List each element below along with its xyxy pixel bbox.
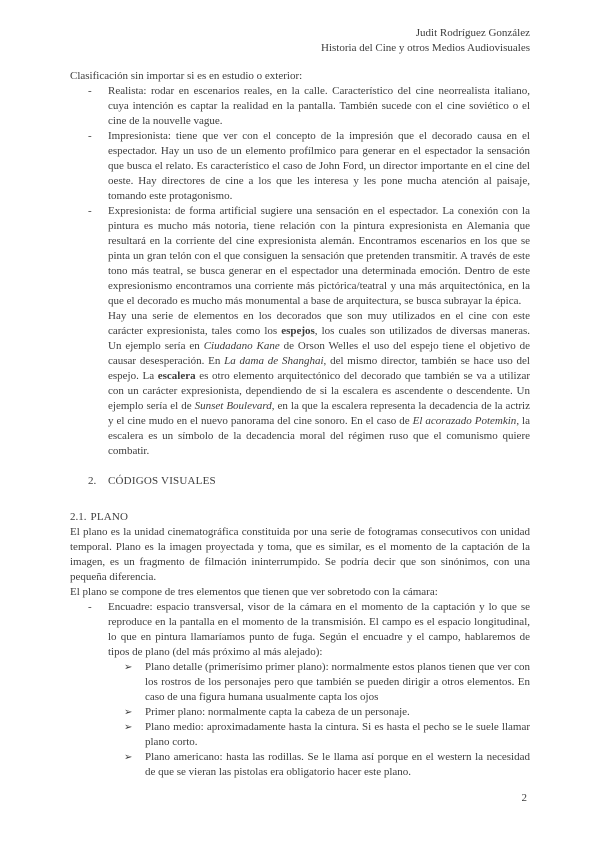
list-item-primer-plano-text: Primer plano: normalmente capta la cabez… [145,705,530,720]
dash-bullet-marker: - [88,129,92,144]
list-item-plano-americano-text: Plano americano: hasta las rodillas. Se … [145,750,530,780]
list-item-realista: - Realista: rodar en escenarios reales, … [70,84,530,129]
list-item-expresionista-text: Expresionista: de forma artificial sugie… [108,204,530,309]
list-item-plano-medio-text: Plano medio: aproximadamente hasta la ci… [145,720,530,750]
list-item-impresionista: - Impresionista: tiene que ver con el co… [70,129,530,204]
list-item-encuadre-text: Encuadre: espacio transversal, visor de … [108,600,530,660]
section-title: CÓDIGOS VISUALES [108,474,530,489]
page-number: 2 [522,791,528,806]
dash-bullet-marker: - [88,204,92,219]
section-heading-codigos-visuales: 2. CÓDIGOS VISUALES [70,474,530,489]
list-item-plano-detalle-text: Plano detalle (primerísimo primer plano)… [145,660,530,705]
list-item-impresionista-text: Impresionista: tiene que ver con el conc… [108,129,530,204]
arrow-bullet-icon: ➢ [124,705,132,720]
page-header: Judit Rodríguez González Historia del Ci… [70,26,530,56]
classification-intro-line: Clasificación sin importar si es en estu… [70,69,530,84]
expressionist-elements-paragraph: Hay una serie de elementos en los decora… [108,309,530,459]
subsection-heading-plano: 2.1.PLANO [70,510,530,525]
section-number: 2. [88,474,96,489]
list-item-expresionista: - Expresionista: de forma artificial sug… [70,204,530,309]
plano-definition-paragraph: El plano es la unidad cinematográfica co… [70,525,530,585]
arrow-bullet-icon: ➢ [124,750,132,765]
list-item-encuadre: - Encuadre: espacio transversal, visor d… [70,600,530,660]
author-name: Judit Rodríguez González [70,26,530,41]
list-item-realista-text: Realista: rodar en escenarios reales, en… [108,84,530,129]
subsection-title: PLANO [91,511,129,523]
document-page: Judit Rodríguez González Historia del Ci… [0,0,600,848]
dash-bullet-marker: - [88,600,92,615]
arrow-bullet-icon: ➢ [124,660,132,675]
course-title: Historia del Cine y otros Medios Audiovi… [70,41,530,56]
list-item-plano-americano: ➢ Plano americano: hasta las rodillas. S… [70,750,530,780]
dash-bullet-marker: - [88,84,92,99]
list-item-plano-medio: ➢ Plano medio: aproximadamente hasta la … [70,720,530,750]
list-item-plano-detalle: ➢ Plano detalle (primerísimo primer plan… [70,660,530,705]
subsection-number: 2.1. [70,511,87,523]
plano-elements-line: El plano se compone de tres elementos qu… [70,585,530,600]
arrow-bullet-icon: ➢ [124,720,132,735]
list-item-primer-plano: ➢ Primer plano: normalmente capta la cab… [70,705,530,720]
